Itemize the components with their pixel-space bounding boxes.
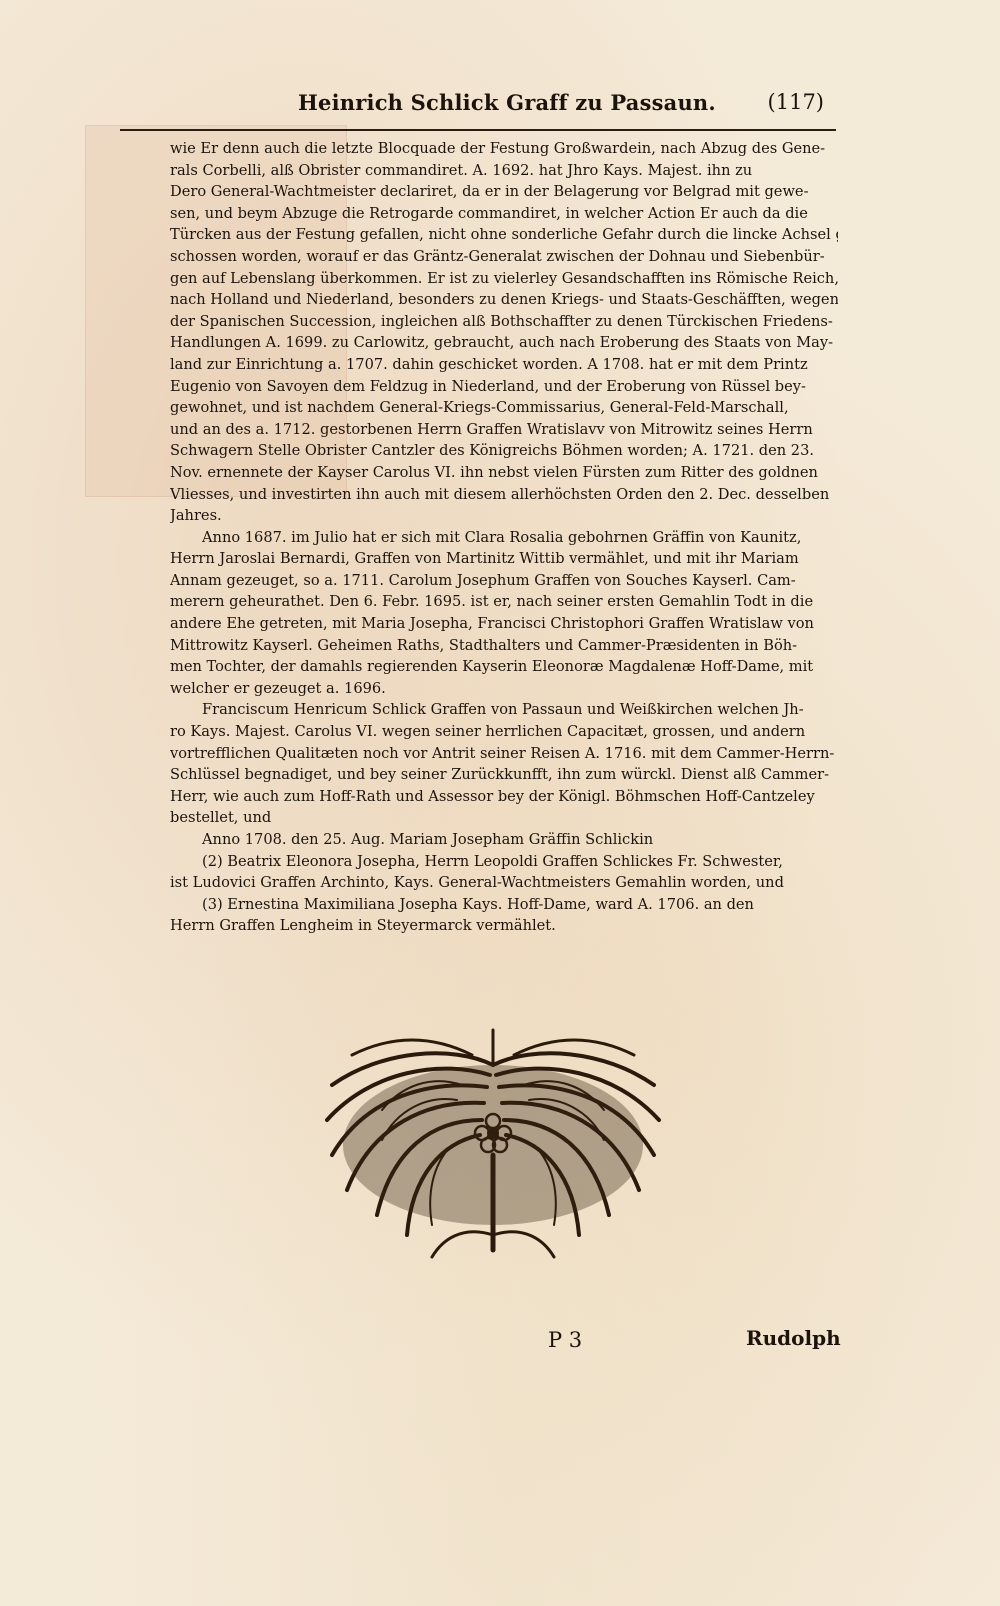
page-number: (117) [768,90,824,114]
text-line: (3) Ernestina Maximiliana Josepha Kays. … [170,894,838,916]
text-line: Vliesses, und investirten ihn auch mit d… [170,484,838,506]
text-line: Jahres. [170,505,838,527]
paragraph-5: (2) Beatrix Eleonora Josepha, Herrn Leop… [170,851,838,894]
text-line: welcher er gezeuget a. 1696. [170,678,838,700]
paragraph-4: Anno 1708. den 25. Aug. Mariam Josepham … [170,829,838,851]
text-line: Anno 1708. den 25. Aug. Mariam Josepham … [170,829,838,851]
catchword: Rudolph [746,1326,841,1350]
text-line: schossen worden, worauf er das Gräntz-Ge… [170,246,838,268]
header-rule [120,129,836,131]
text-line: gen auf Lebenslang überkommen. Er ist zu… [170,268,838,290]
text-line: der Spanischen Succession, ingleichen al… [170,311,838,333]
text-line: Annam gezeuget, so a. 1711. Carolum Jose… [170,570,838,592]
text-line: sen, und beym Abzuge die Retrogarde comm… [170,203,838,225]
paragraph-2: Anno 1687. im Julio hat er sich mit Clar… [170,527,838,700]
text-line: Nov. ernennete der Kayser Carolus VI. ih… [170,462,838,484]
text-line: Schwagern Stelle Obrister Cantzler des K… [170,440,838,462]
body-text: wie Er denn auch die letzte Blocquade de… [170,138,838,937]
text-line: und an des a. 1712. gestorbenen Herrn Gr… [170,419,838,441]
text-line: men Tochter, der damahls regierenden Kay… [170,656,838,678]
text-line: Herr, wie auch zum Hoff-Rath und Assesso… [170,786,838,808]
text-line: ro Kays. Majest. Carolus VI. wegen seine… [170,721,838,743]
text-line: Mittrowitz Kayserl. Geheimen Raths, Stad… [170,635,838,657]
text-line: merern geheurathet. Den 6. Febr. 1695. i… [170,591,838,613]
text-line: Handlungen A. 1699. zu Carlowitz, gebrau… [170,332,838,354]
text-line: Türcken aus der Festung gefallen, nicht … [170,224,838,246]
text-line: nach Holland und Niederland, besonders z… [170,289,838,311]
paragraph-3: Franciscum Henricum Schlick Graffen von … [170,699,838,829]
text-line: ist Ludovici Graffen Archinto, Kays. Gen… [170,872,838,894]
text-line: rals Corbelli, alß Obrister commandiret.… [170,160,838,182]
woodcut-foliage-ornament-icon [312,1025,674,1265]
text-line: vortrefflichen Qualitæten noch vor Antri… [170,743,838,765]
text-line: Franciscum Henricum Schlick Graffen von … [170,699,838,721]
text-line: gewohnet, und ist nachdem General-Kriegs… [170,397,838,419]
paragraph-1: wie Er denn auch die letzte Blocquade de… [170,138,838,527]
text-line: andere Ehe getreten, mit Maria Josepha, … [170,613,838,635]
text-line: Herrn Graffen Lengheim in Steyermarck ve… [170,915,838,937]
text-line: Eugenio von Savoyen dem Feldzug in Niede… [170,376,838,398]
paragraph-6: (3) Ernestina Maximiliana Josepha Kays. … [170,894,838,937]
text-line: land zur Einrichtung a. 1707. dahin gesc… [170,354,838,376]
signature-mark: P 3 [548,1328,582,1352]
text-line: Anno 1687. im Julio hat er sich mit Clar… [170,527,838,549]
text-line: bestellet, und [170,807,838,829]
running-title: Heinrich Schlick Graff zu Passaun. [298,90,716,115]
text-line: Schlüssel begnadiget, und bey seiner Zur… [170,764,838,786]
text-line: wie Er denn auch die letzte Blocquade de… [170,138,838,160]
page-header: Heinrich Schlick Graff zu Passaun. (117) [298,90,838,130]
text-line: (2) Beatrix Eleonora Josepha, Herrn Leop… [170,851,838,873]
text-line: Herrn Jaroslai Bernardi, Graffen von Mar… [170,548,838,570]
text-line: Dero General-Wachtmeister declariret, da… [170,181,838,203]
